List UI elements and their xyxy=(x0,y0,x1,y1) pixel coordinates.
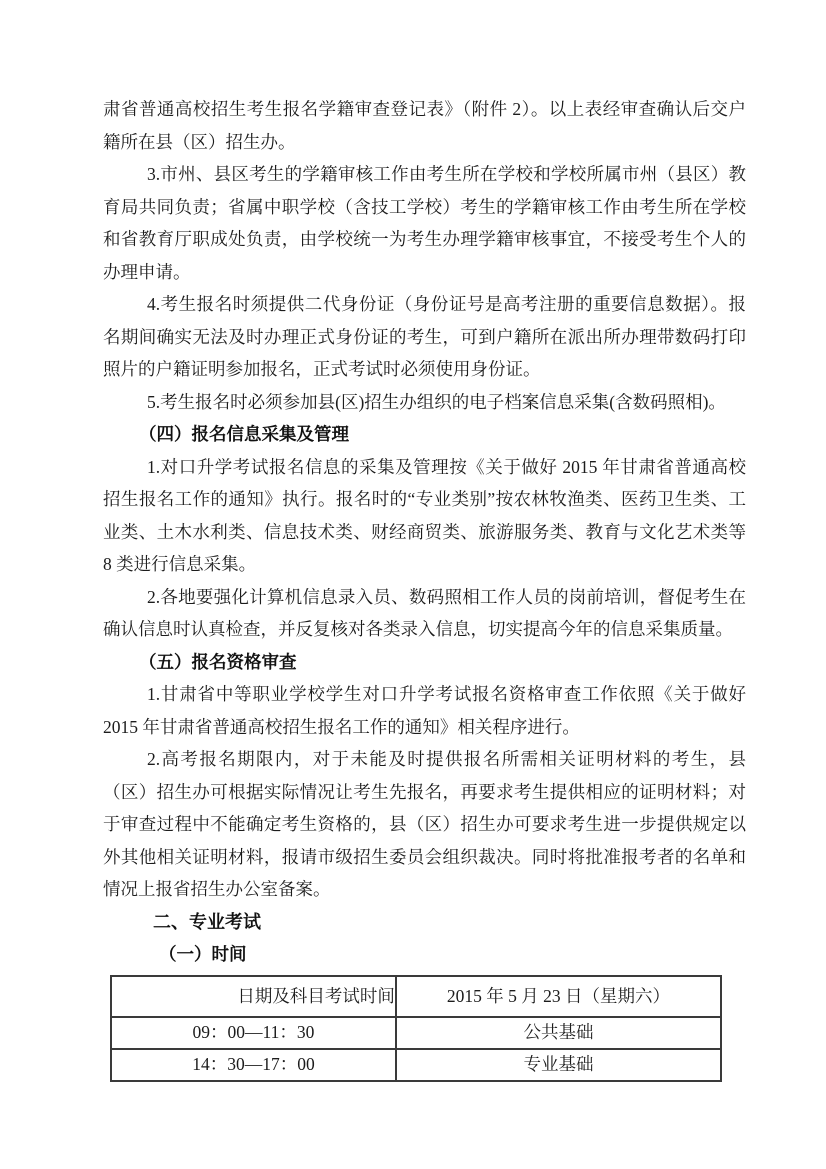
table-row: 09：00—11：30 公共基础 xyxy=(111,1017,721,1049)
paragraph-sec4-item-2: 2.各地要强化计算机信息录入员、数码照相工作人员的岗前培训，督促考生在确认信息时… xyxy=(103,581,746,646)
paragraph-item-3: 3.市州、县区考生的学籍审核工作由考生所在学校和学校所属市州（县区）教育局共同负… xyxy=(103,158,746,288)
table-cell-time-morning: 09：00—11：30 xyxy=(111,1017,396,1049)
table-header-cell-datetime: 日期及科目考试时间 xyxy=(111,976,396,1017)
section-heading-qualification-review: （五）报名资格审查 xyxy=(103,646,746,679)
paragraph-item-4: 4.考生报名时须提供二代身份证（身份证号是高考注册的重要信息数据）。报名期间确实… xyxy=(103,288,746,386)
table-cell-subject-public-basics: 公共基础 xyxy=(396,1017,721,1049)
paragraph-item-5: 5.考生报名时必须参加县(区)招生办组织的电子档案信息采集(含数码照相)。 xyxy=(103,386,746,419)
paragraph-sec5-item-2: 2.高考报名期限内，对于未能及时提供报名所需相关证明材料的考生，县（区）招生办可… xyxy=(103,743,746,906)
table-cell-subject-professional-basics: 专业基础 xyxy=(396,1049,721,1081)
paragraph-continuation: 肃省普通高校招生考生报名学籍审查登记表》（附件 2）。以上表经审查确认后交户籍所… xyxy=(103,93,746,158)
table-row: 14：30—17：00 专业基础 xyxy=(111,1049,721,1081)
document-body: 肃省普通高校招生考生报名学籍审查登记表》（附件 2）。以上表经审查确认后交户籍所… xyxy=(103,93,746,1082)
table-cell-time-afternoon: 14：30—17：00 xyxy=(111,1049,396,1081)
chapter-heading-professional-exam: 二、专业考试 xyxy=(103,906,746,939)
section-heading-registration-info: （四）报名信息采集及管理 xyxy=(103,418,746,451)
document-page: 肃省普通高校招生考生报名学籍审查登记表》（附件 2）。以上表经审查确认后交户籍所… xyxy=(0,0,826,1169)
paragraph-sec5-item-1: 1.甘肃省中等职业学校学生对口升学考试报名资格审查工作依照《关于做好 2015 … xyxy=(103,678,746,743)
table-header-cell-date: 2015 年 5 月 23 日（星期六） xyxy=(396,976,721,1017)
paragraph-sec4-item-1: 1.对口升学考试报名信息的采集及管理按《关于做好 2015 年甘肃省普通高校招生… xyxy=(103,451,746,581)
section-heading-time: （一）时间 xyxy=(103,938,746,971)
exam-schedule-table: 日期及科目考试时间 2015 年 5 月 23 日（星期六） 09：00—11：… xyxy=(110,975,722,1082)
table-header-row: 日期及科目考试时间 2015 年 5 月 23 日（星期六） xyxy=(111,976,721,1017)
